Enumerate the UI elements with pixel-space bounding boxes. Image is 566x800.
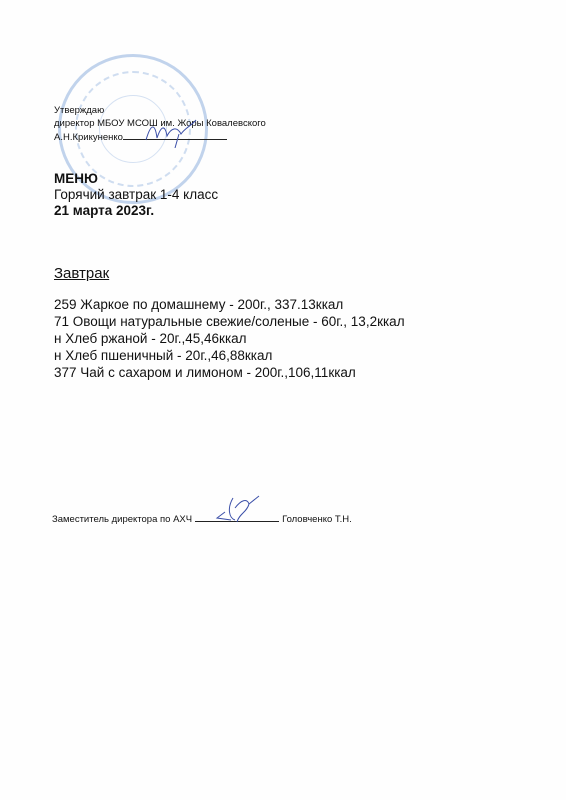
footer-name: Головченко Т.Н.	[282, 514, 352, 525]
page-title: МЕНЮ	[54, 171, 218, 187]
list-item: 259 Жаркое по домашнему - 200г., 337.13к…	[54, 296, 405, 313]
approval-block: Утверждаю директор МБОУ МСОШ им. Жоры Ко…	[54, 105, 266, 145]
list-item: н Хлеб пшеничный - 20г.,46,88ккал	[54, 347, 405, 364]
approval-signer: А.Н.Крикуненко	[54, 132, 123, 143]
signature-line	[123, 130, 227, 140]
approval-signer-line: А.Н.Крикуненко	[54, 130, 266, 145]
menu-subtitle: Горячий завтрак 1-4 класс	[54, 187, 218, 203]
menu-header: МЕНЮ Горячий завтрак 1-4 класс 21 марта …	[54, 171, 218, 219]
menu-items: 259 Жаркое по домашнему - 200г., 337.13к…	[54, 296, 405, 381]
signature-icon	[141, 118, 201, 148]
signature-icon	[213, 494, 263, 524]
section-title: Завтрак	[54, 265, 109, 282]
footer-position: Заместитель директора по АХЧ	[52, 514, 192, 525]
signature-line	[195, 512, 279, 522]
menu-date: 21 марта 2023г.	[54, 203, 218, 219]
footer-signature: Заместитель директора по АХЧ Головченко …	[52, 512, 352, 525]
document-page: Утверждаю директор МБОУ МСОШ им. Жоры Ко…	[0, 0, 566, 800]
list-item: н Хлеб ржаной - 20г.,45,46ккал	[54, 330, 405, 347]
approval-label: Утверждаю	[54, 105, 266, 118]
list-item: 71 Овощи натуральные свежие/соленые - 60…	[54, 313, 405, 330]
list-item: 377 Чай с сахаром и лимоном - 200г.,106,…	[54, 364, 405, 381]
